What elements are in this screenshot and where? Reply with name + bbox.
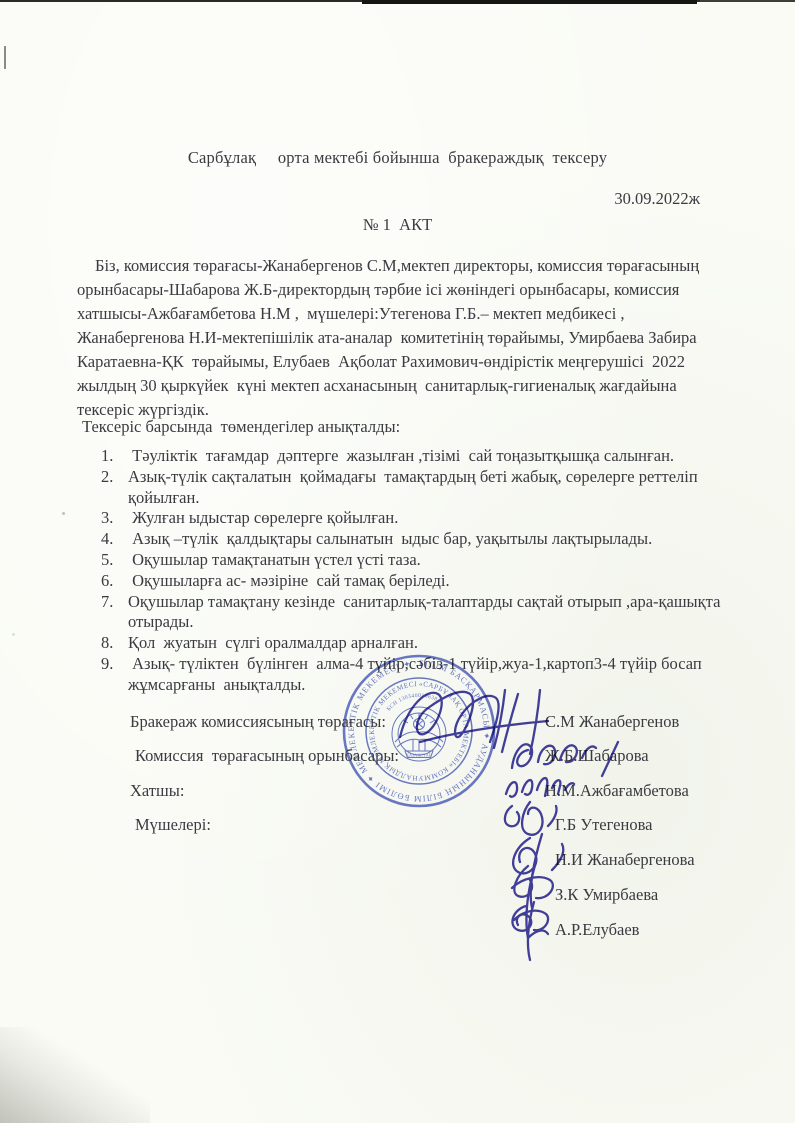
signature-row: З.К Умирбаева (0, 885, 795, 907)
signature-name: Н.М.Ажбағамбетова (545, 781, 689, 801)
signature-name: Ж.Б.Шабарова (545, 746, 649, 766)
signature-row: Бракераж комиссиясының төрағасы: С.М Жан… (0, 712, 795, 734)
signature-name: Н.И Жанабергенова (555, 850, 695, 870)
signature-name: А.Р.Елубаев (555, 920, 639, 940)
signature-label: Хатшы: (130, 781, 184, 801)
signature-section: Бракераж комиссиясының төрағасы: С.М Жан… (0, 0, 795, 1123)
signature-row: Хатшы: Н.М.Ажбағамбетова (0, 781, 795, 803)
scanned-document-page: Сарбұлақ орта мектебі бойынша бракеражды… (0, 0, 795, 1123)
signature-row: А.Р.Елубаев (0, 920, 795, 942)
signature-label: Мүшелері: (135, 815, 211, 835)
signature-row: Мүшелері: Г.Б Утегенова (0, 815, 795, 837)
signature-row: Комиссия төрағасының орынбасары: Ж.Б.Шаб… (0, 746, 795, 768)
signature-label: Комиссия төрағасының орынбасары: (135, 746, 399, 766)
signature-name: С.М Жанабергенов (545, 712, 679, 732)
signature-label: Бракераж комиссиясының төрағасы: (130, 712, 386, 732)
signature-row: Н.И Жанабергенова (0, 850, 795, 872)
signature-name: З.К Умирбаева (555, 885, 658, 905)
signature-name: Г.Б Утегенова (555, 815, 652, 835)
